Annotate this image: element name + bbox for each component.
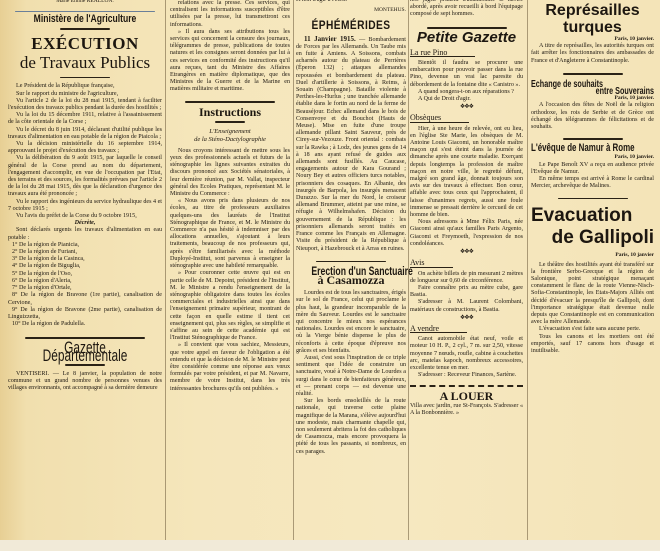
text: et non d'agir à l'écrit. — [296, 0, 406, 4]
paragraph: Lourdes est de tous les sanctuaires, éri… — [296, 290, 406, 355]
column-rule — [165, 0, 166, 540]
article-title: Erection d'un Sanctuaire — [311, 268, 390, 275]
divider — [563, 138, 623, 140]
rubric-title: A vendre — [410, 325, 467, 333]
article-text: A l'occasion des fêtes de Noël de la rel… — [531, 102, 654, 131]
article-text: A titre de représailles, les autorités t… — [531, 43, 654, 65]
divider — [60, 28, 110, 30]
article-title: de Gallipoli — [531, 227, 654, 249]
paragraph: « Nous avons pris dans plusieurs de nos … — [170, 198, 290, 270]
signature: Marie Emilie REALLON. — [8, 0, 162, 5]
article-body: relations avec la presse. Ces services, … — [170, 0, 290, 94]
paragraph: En même temps est arrivé à Rome le cardi… — [531, 176, 654, 190]
article-title: turques — [531, 19, 654, 36]
paragraph: 10° De la région de Padulella. — [8, 321, 162, 328]
paragraph: L'évacuation s'est faite sans aucune per… — [531, 326, 654, 333]
paragraph: » Il convient que vous sachiez, Messieur… — [170, 342, 290, 392]
paragraph: Sur le rapport du ministre de l'agricult… — [8, 91, 162, 98]
paragraph: Vu la délibération du 9 août 1915, par l… — [8, 155, 162, 198]
column-5: Représailles turques Paris, 10 janvier. … — [531, 0, 654, 355]
divider — [563, 73, 623, 75]
divider — [316, 261, 386, 262]
rubric-title: La rue Pino — [410, 49, 475, 57]
classifieds: La rue PinoBientôt il faudra se procurer… — [410, 47, 523, 380]
divider — [185, 101, 275, 103]
paragraph: Vu la décision ministérielle du 16 septe… — [8, 141, 162, 155]
article-title: EXÉCUTION — [8, 35, 162, 53]
column-4: nos jugea prudent d'abandonner le navire… — [410, 0, 523, 417]
article-body: Le théâtre des hostilités ayant été tran… — [531, 262, 654, 356]
section-heading: Petite Gazette — [410, 34, 523, 41]
divider — [410, 385, 523, 387]
divider — [215, 121, 245, 123]
paragraph: S'adresser à M. Laurent Colombani, matér… — [410, 299, 523, 313]
paragraph: 1° De la région de Pianicia, — [8, 242, 162, 249]
dateline: Paris, 10 janvier. — [531, 154, 654, 161]
ad-heading: A LOUER — [410, 393, 523, 400]
paragraph: Sur les bords ensoleillés de la route na… — [296, 398, 406, 456]
column-1: Marie Emilie REALLON. Ministère de l'Agr… — [8, 0, 162, 392]
decree-list: 1° De la région de Pianicia,2° De la rég… — [8, 242, 162, 328]
paragraph: Vu la loi du 15 décembre 1911, relative … — [8, 112, 162, 126]
column-rule — [408, 0, 409, 540]
ministry-heading: Ministère de l'Agriculture — [25, 16, 145, 23]
column-2: relations avec la presse. Ces services, … — [170, 0, 290, 393]
paragraph: » Il aura dans ses attributions tous les… — [170, 29, 290, 94]
signature: MONTEHUS. — [296, 7, 406, 14]
paragraph: Aussi, c'est sous l'inspiration de ce tr… — [296, 355, 406, 398]
article-subtitle: L'Enseignement — [170, 128, 290, 136]
paragraph: » Pour couronner cette œuvre qui est en … — [170, 270, 290, 342]
section-heading: Instructions — [170, 109, 290, 116]
paragraph: Bientôt il faudra se procurer une embarc… — [410, 60, 523, 89]
article-title: L'évêque de Namur à Rome — [531, 145, 620, 152]
article-subtitle: à Casamozza — [296, 277, 406, 284]
article-title: entre Souverains — [565, 88, 654, 95]
paragraph: Vu le rapport des ingénieurs du service … — [8, 199, 162, 213]
paragraph: 8° De la région de Bravone (1re partie),… — [8, 292, 162, 306]
divider — [558, 198, 628, 199]
ephem-date: 11 Janvier 1915. — [304, 35, 356, 43]
paragraph: 4° De la région de Biguglia, — [8, 263, 162, 270]
article-subtitle: de Travaux Publics — [8, 53, 162, 72]
paragraph: On achète billets de pin mesurant 2 mètr… — [410, 271, 523, 285]
paragraph: Tous les canons et les mortiers ont été … — [531, 334, 654, 356]
paragraph: Le Pape Benoît XV a reçu en audience pri… — [531, 162, 654, 176]
rubric-title: Obsèques — [410, 114, 469, 122]
paragraph: 9° De la région de Bravone (2me partie),… — [8, 307, 162, 321]
divider — [15, 11, 155, 12]
paragraph: A Qui de Droit d'agir. — [410, 96, 523, 103]
ornament-icon: ❖❖❖ — [410, 104, 523, 111]
article-title: Evacuation — [531, 205, 654, 227]
column-rule — [293, 0, 294, 540]
section-heading: Gazette Départementale — [31, 344, 139, 358]
paragraph: Vu l'article 2 de la loi du 28 mai 1915,… — [8, 98, 162, 112]
paragraph: Canot automobile état neuf, voile et mot… — [410, 336, 523, 372]
paragraph: 5° De la région de l'Oso, — [8, 271, 162, 278]
article-title: Représailles — [531, 2, 654, 19]
article-body: Lourdes est de tous les sanctuaires, éri… — [296, 290, 406, 456]
article-subtitle: de la Sténo-Dactylographie — [170, 136, 290, 144]
dateline: Paris, 10 janvier — [531, 252, 654, 259]
gazette-text: VENTISERI. — Le 8 janvier, la population… — [8, 371, 162, 393]
article-body: Le Président de la République française,… — [8, 83, 162, 220]
paragraph: Le Président de la République française, — [8, 83, 162, 90]
column-3: et non d'agir à l'écrit. MONTEHUS. ÉPHÉM… — [296, 0, 406, 456]
decree-intro: Sont déclarés urgents les travaux d'alim… — [8, 227, 162, 241]
paragraph: Le théâtre des hostilités ayant été tran… — [531, 262, 654, 327]
paragraph: S'adresser : Receveur Finances, Sartène. — [410, 372, 523, 379]
divider — [60, 77, 110, 78]
paragraph: Faire connaître prix au mètre cube, gare… — [410, 285, 523, 299]
ephem-text: — Bombardement de Forces par les Alleman… — [296, 37, 406, 252]
article-body: Nous croyons intéressant de mettre sous … — [170, 148, 290, 393]
article-body: Le Pape Benoît XV a reçu en audience pri… — [531, 162, 654, 191]
paragraph: Nous adressons à Mme Félix Paris, née Gi… — [410, 219, 523, 248]
rubric-title: Avis — [410, 259, 453, 267]
paragraph: Vu le décret du 8 juin 1914, déclarant d… — [8, 127, 162, 141]
text: nos jugea prudent d'abandonner le navire… — [410, 0, 523, 19]
dateline: Paris, 10 janvier. — [531, 36, 654, 43]
decree-heading: Décrète, — [8, 220, 162, 227]
paragraph: A quand songera-t-on aux réparations ? — [410, 89, 523, 96]
section-heading: ÉPHÉMÉRIDES — [304, 22, 398, 29]
paragraph: Hier, à une heure de relevée, ont eu lie… — [410, 126, 523, 220]
ad-text: Villa avec jardin, rue St-François. S'ad… — [410, 403, 523, 417]
column-rule — [527, 0, 528, 540]
paragraph: Vu l'avis du préfet de la Corse du 9 oct… — [8, 213, 162, 220]
ornament-icon: ❖❖❖ — [410, 315, 523, 322]
paragraph: Nous croyons intéressant de mettre sous … — [170, 148, 290, 198]
ornament-icon: ❖❖❖ — [410, 249, 523, 256]
paragraph: 6° De la région d'Aleria, — [8, 278, 162, 285]
paragraph: relations avec la presse. Ces services, … — [170, 0, 290, 29]
scan-margin — [0, 540, 660, 551]
